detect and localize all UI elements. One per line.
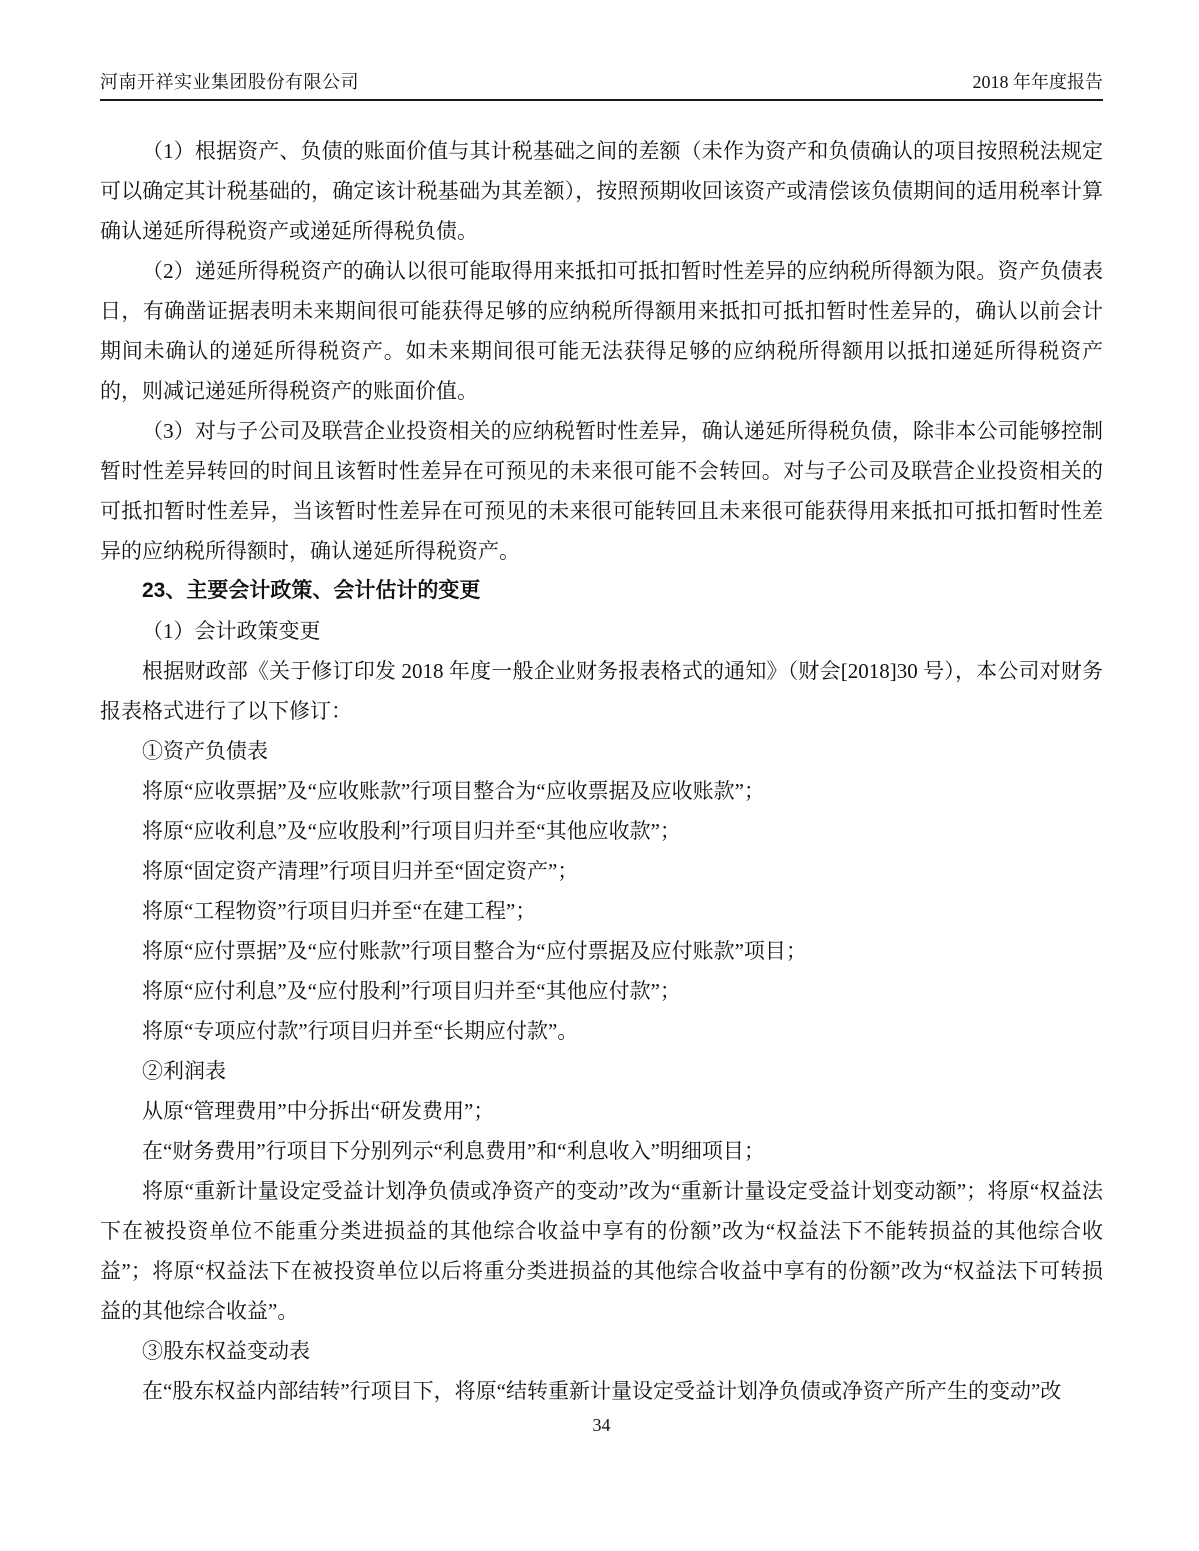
paragraph: （2）递延所得税资产的确认以很可能取得用来抵扣可抵扣暂时性差异的应纳税所得额为限… <box>100 251 1103 411</box>
list-item: 将原“应付利息”及“应付股利”行项目归并至“其他应付款”； <box>100 971 1103 1011</box>
list-heading: ①资产负债表 <box>100 731 1103 771</box>
document-page: 河南开祥实业集团股份有限公司 2018 年年度报告 （1）根据资产、负债的账面价… <box>0 0 1199 1551</box>
paragraph: 根据财政部《关于修订印发 2018 年度一般企业财务报表格式的通知》（财会[20… <box>100 651 1103 731</box>
list-item: 将原“专项应付款”行项目归并至“长期应付款”。 <box>100 1011 1103 1051</box>
section-heading: 23、主要会计政策、会计估计的变更 <box>100 571 1103 611</box>
header-report-title: 2018 年年度报告 <box>973 70 1104 94</box>
page-footer: 34 <box>100 1412 1103 1438</box>
page-header: 河南开祥实业集团股份有限公司 2018 年年度报告 <box>100 70 1103 101</box>
paragraph: （1）根据资产、负债的账面价值与其计税基础之间的差额（未作为资产和负债确认的项目… <box>100 131 1103 251</box>
list-heading: ③股东权益变动表 <box>100 1331 1103 1371</box>
list-item: 将原“应付票据”及“应付账款”行项目整合为“应付票据及应付账款”项目； <box>100 931 1103 971</box>
header-company-name: 河南开祥实业集团股份有限公司 <box>100 70 359 94</box>
list-item: 将原“固定资产清理”行项目归并至“固定资产”； <box>100 851 1103 891</box>
list-item: 将原“应收票据”及“应收账款”行项目整合为“应收票据及应收账款”； <box>100 771 1103 811</box>
list-item: 将原“应收利息”及“应收股利”行项目归并至“其他应收款”； <box>100 811 1103 851</box>
document-body: （1）根据资产、负债的账面价值与其计税基础之间的差额（未作为资产和负债确认的项目… <box>100 131 1103 1411</box>
paragraph: 在“股东权益内部结转”行项目下，将原“结转重新计量设定受益计划净负债或净资产所产… <box>100 1371 1103 1411</box>
paragraph: 将原“重新计量设定受益计划净负债或净资产的变动”改为“重新计量设定受益计划变动额… <box>100 1171 1103 1331</box>
list-item: 在“财务费用”行项目下分别列示“利息费用”和“利息收入”明细项目； <box>100 1131 1103 1171</box>
subsection-heading: （1）会计政策变更 <box>100 611 1103 651</box>
list-heading: ②利润表 <box>100 1051 1103 1091</box>
page-number: 34 <box>593 1415 611 1435</box>
list-item: 将原“工程物资”行项目归并至“在建工程”； <box>100 891 1103 931</box>
paragraph: （3）对与子公司及联营企业投资相关的应纳税暂时性差异，确认递延所得税负债，除非本… <box>100 411 1103 571</box>
list-item: 从原“管理费用”中分拆出“研发费用”； <box>100 1091 1103 1131</box>
